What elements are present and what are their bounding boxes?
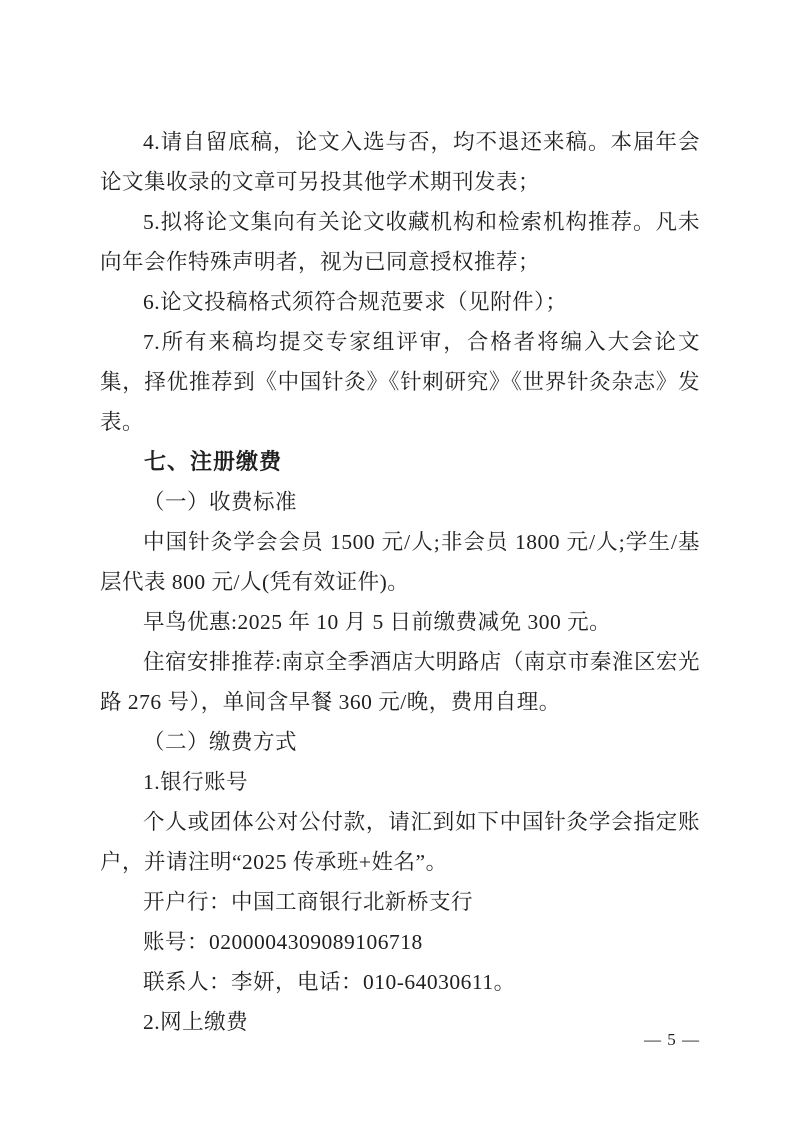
paragraph: 7.所有来稿均提交专家组评审，合格者将编入大会论文集，择优推荐到《中国针灸》《针… [100,322,700,442]
paragraph: 5.拟将论文集向有关论文收藏机构和检索机构推荐。凡未向年会作特殊声明者，视为已同… [100,202,700,282]
paragraph: （二）缴费方式 [100,722,700,762]
paragraph: 联系人：李妍，电话：010-64030611。 [100,962,700,1002]
paragraph: 开户行：中国工商银行北新桥支行 [100,882,700,922]
document-body: 4.请自留底稿，论文入选与否，均不退还来稿。本届年会论文集收录的文章可另投其他学… [100,122,700,1042]
section-heading: 七、注册缴费 [100,442,700,482]
paragraph: 中国针灸学会会员 1500 元/人;非会员 1800 元/人;学生/基层代表 8… [100,522,700,602]
document-page: 4.请自留底稿，论文入选与否，均不退还来稿。本届年会论文集收录的文章可另投其他学… [0,0,800,1131]
paragraph: 早鸟优惠:2025 年 10 月 5 日前缴费减免 300 元。 [100,602,700,642]
paragraph: 2.网上缴费 [100,1002,700,1042]
paragraph: 1.银行账号 [100,762,700,802]
paragraph: 4.请自留底稿，论文入选与否，均不退还来稿。本届年会论文集收录的文章可另投其他学… [100,122,700,202]
paragraph: 个人或团体公对公付款，请汇到如下中国针灸学会指定账户，并请注明“2025 传承班… [100,802,700,882]
paragraph: 账号：0200004309089106718 [100,922,700,962]
paragraph: （一）收费标准 [100,482,700,522]
paragraph: 6.论文投稿格式须符合规范要求（见附件）； [100,282,700,322]
page-number: — 5 — [644,1028,700,1052]
paragraph: 住宿安排推荐:南京全季酒店大明路店（南京市秦淮区宏光路 276 号），单间含早餐… [100,642,700,722]
